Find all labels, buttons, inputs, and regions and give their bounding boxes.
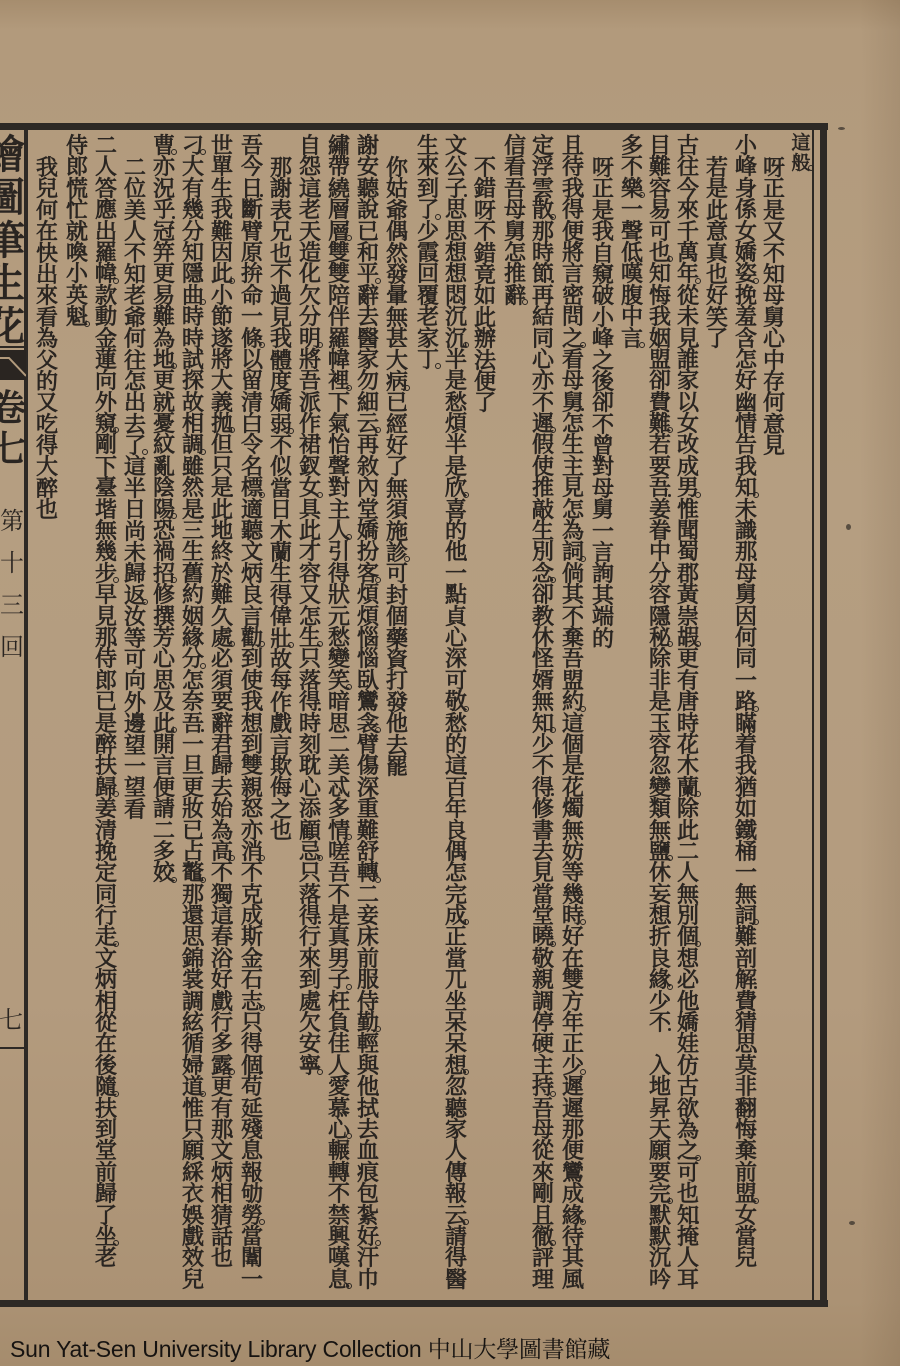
text-column-15: 你姑爺偶然發暈無甚大病。已經好了無須施診。可封個藥資打發他去罷 bbox=[384, 158, 410, 778]
library-watermark: Sun Yat-Sen University Library Collectio… bbox=[10, 1331, 610, 1364]
text-column-4: 若是此意真也好笑了 bbox=[704, 158, 730, 351]
text-column-1: 這般。 bbox=[788, 133, 814, 173]
fishtail-mark-icon bbox=[0, 348, 26, 382]
text-column-14: 生來到了。少霞回覆老家丁。 bbox=[415, 136, 441, 371]
frame-right-outer-rule bbox=[820, 123, 827, 1307]
text-column-8: 呀正是我自窺破小峰之後卻不曾對母舅一言詢其端的 bbox=[590, 158, 616, 650]
text-column-27: 我兒何在快出來看為父的又吃得大醉也 bbox=[34, 158, 60, 522]
text-column-3: 小峰身係女嬌姿。挽羞含怎好幽情告我知。未識那、母舅因何同一路。瞞着我猶如鐵桶一無… bbox=[733, 136, 759, 1270]
frame-right-inner-rule bbox=[812, 130, 814, 1300]
text-column-11: 信看吾母舅怎推辭。 bbox=[502, 136, 528, 307]
text-column-12: 不錯呀不錯竟如此辦法便了 bbox=[472, 158, 498, 415]
paper-speck bbox=[846, 524, 851, 530]
banner-leaf-number: 七 bbox=[0, 1006, 24, 1034]
paper-speck bbox=[849, 1221, 855, 1225]
text-column-23: 曹。亦況乎、冠笄更易難為地。更就憂紋亂陰陽。恐禍招。修撰芳心思及此。開言便請二多… bbox=[151, 136, 177, 885]
text-column-7: 多不樂。一聲低嘆腹中言。 bbox=[619, 136, 645, 350]
text-column-19: 那謝表兄也不過見我體度嬌弱。不似當日木蘭生得偉壯。故每作戲言欺侮之也 bbox=[268, 158, 294, 843]
text-column-5: 古往今來千萬年。從未見、誰家以女改成男。惟聞蜀郡黃崇嘏。更有唐時花木蘭。除此二人… bbox=[675, 136, 701, 1291]
text-column-21: 世單生我難因此。小節遂將大義拋。但只是、此地終於難久處。必須要、辭君歸去始為高。… bbox=[209, 136, 235, 1270]
banner-chapter: 第十三回 bbox=[0, 500, 26, 668]
banner-book-title: 繪圖筆生花 bbox=[0, 133, 28, 348]
text-column-20: 吾今日、斷臂原拚命一條。以留清白令名標。適聽文炳良言勸。到使我、想到雙親怒亦消。… bbox=[239, 136, 265, 1291]
text-column-25: 二人答應出羅幃。款動金蓮向外窺。剛下臺堦無幾步。早見那、侍郎已是醉扶歸。姜清挽定… bbox=[93, 136, 119, 1270]
text-column-13: 文公子、思思想想悶沉沉。半是愁煩半是欣。喜的他、一點貞心深可敬。愁的這、百年良偶… bbox=[443, 136, 469, 1291]
text-column-22: 刁。大有幾分知隱曲。時時試探故相調。雖然是、三生舊約姻緣分。怎奈吾、一旦更妝已占… bbox=[180, 136, 206, 1291]
text-column-6: 目難容易可也。知悔我姻盟卻費難。若要吾、姜眷中分容隱秘。除非是、玉容忽變類無鹽。… bbox=[647, 136, 673, 1291]
banner-volume: 卷七 bbox=[0, 388, 28, 470]
text-column-16: 謝安聽說已和平。辭去醫家勿細云。再敘內堂嬌扮客。煩煩惱惱臥鸞衾。臂傷深重難舒轉。… bbox=[355, 136, 381, 1291]
frame-bottom-rule bbox=[0, 1300, 828, 1307]
frame-top-rule bbox=[0, 123, 828, 130]
text-column-17: 繡帶繞層層。雙雙陪伴羅幃裡。下氣怡聲對主人。引得狀元愁變笑。暗思二美忒多情。嗟吾… bbox=[326, 136, 352, 1291]
text-column-18: 自怨這、老天造化欠分明。將吾派作裙釵女。具此才容又怎生。只落得、時刻耽心添顧忌。… bbox=[297, 136, 323, 1077]
paper-speck bbox=[838, 127, 845, 130]
text-column-24: 二位美人不知老爺何往怎出去了。這半日尚未歸返。汝等可向外邊望一望看 bbox=[122, 158, 148, 821]
text-column-2: 呀正是又不知母舅心中存何意見 bbox=[761, 158, 787, 457]
text-column-9: 且待我、得便將言密問之。看母舅、怎生主見怎為詞。倘其不棄吾盟約。這個是、花燭無妨… bbox=[560, 136, 586, 1291]
text-column-26: 侍郎慌忙就喚小英魁。 bbox=[64, 136, 90, 329]
leaf-number-divider bbox=[0, 1047, 26, 1049]
text-column-10: 定浮雲散。那時節、再結同心亦不遲。假使推敲生別念。卻教休怪婿無知。少不得、修書去… bbox=[530, 136, 556, 1291]
